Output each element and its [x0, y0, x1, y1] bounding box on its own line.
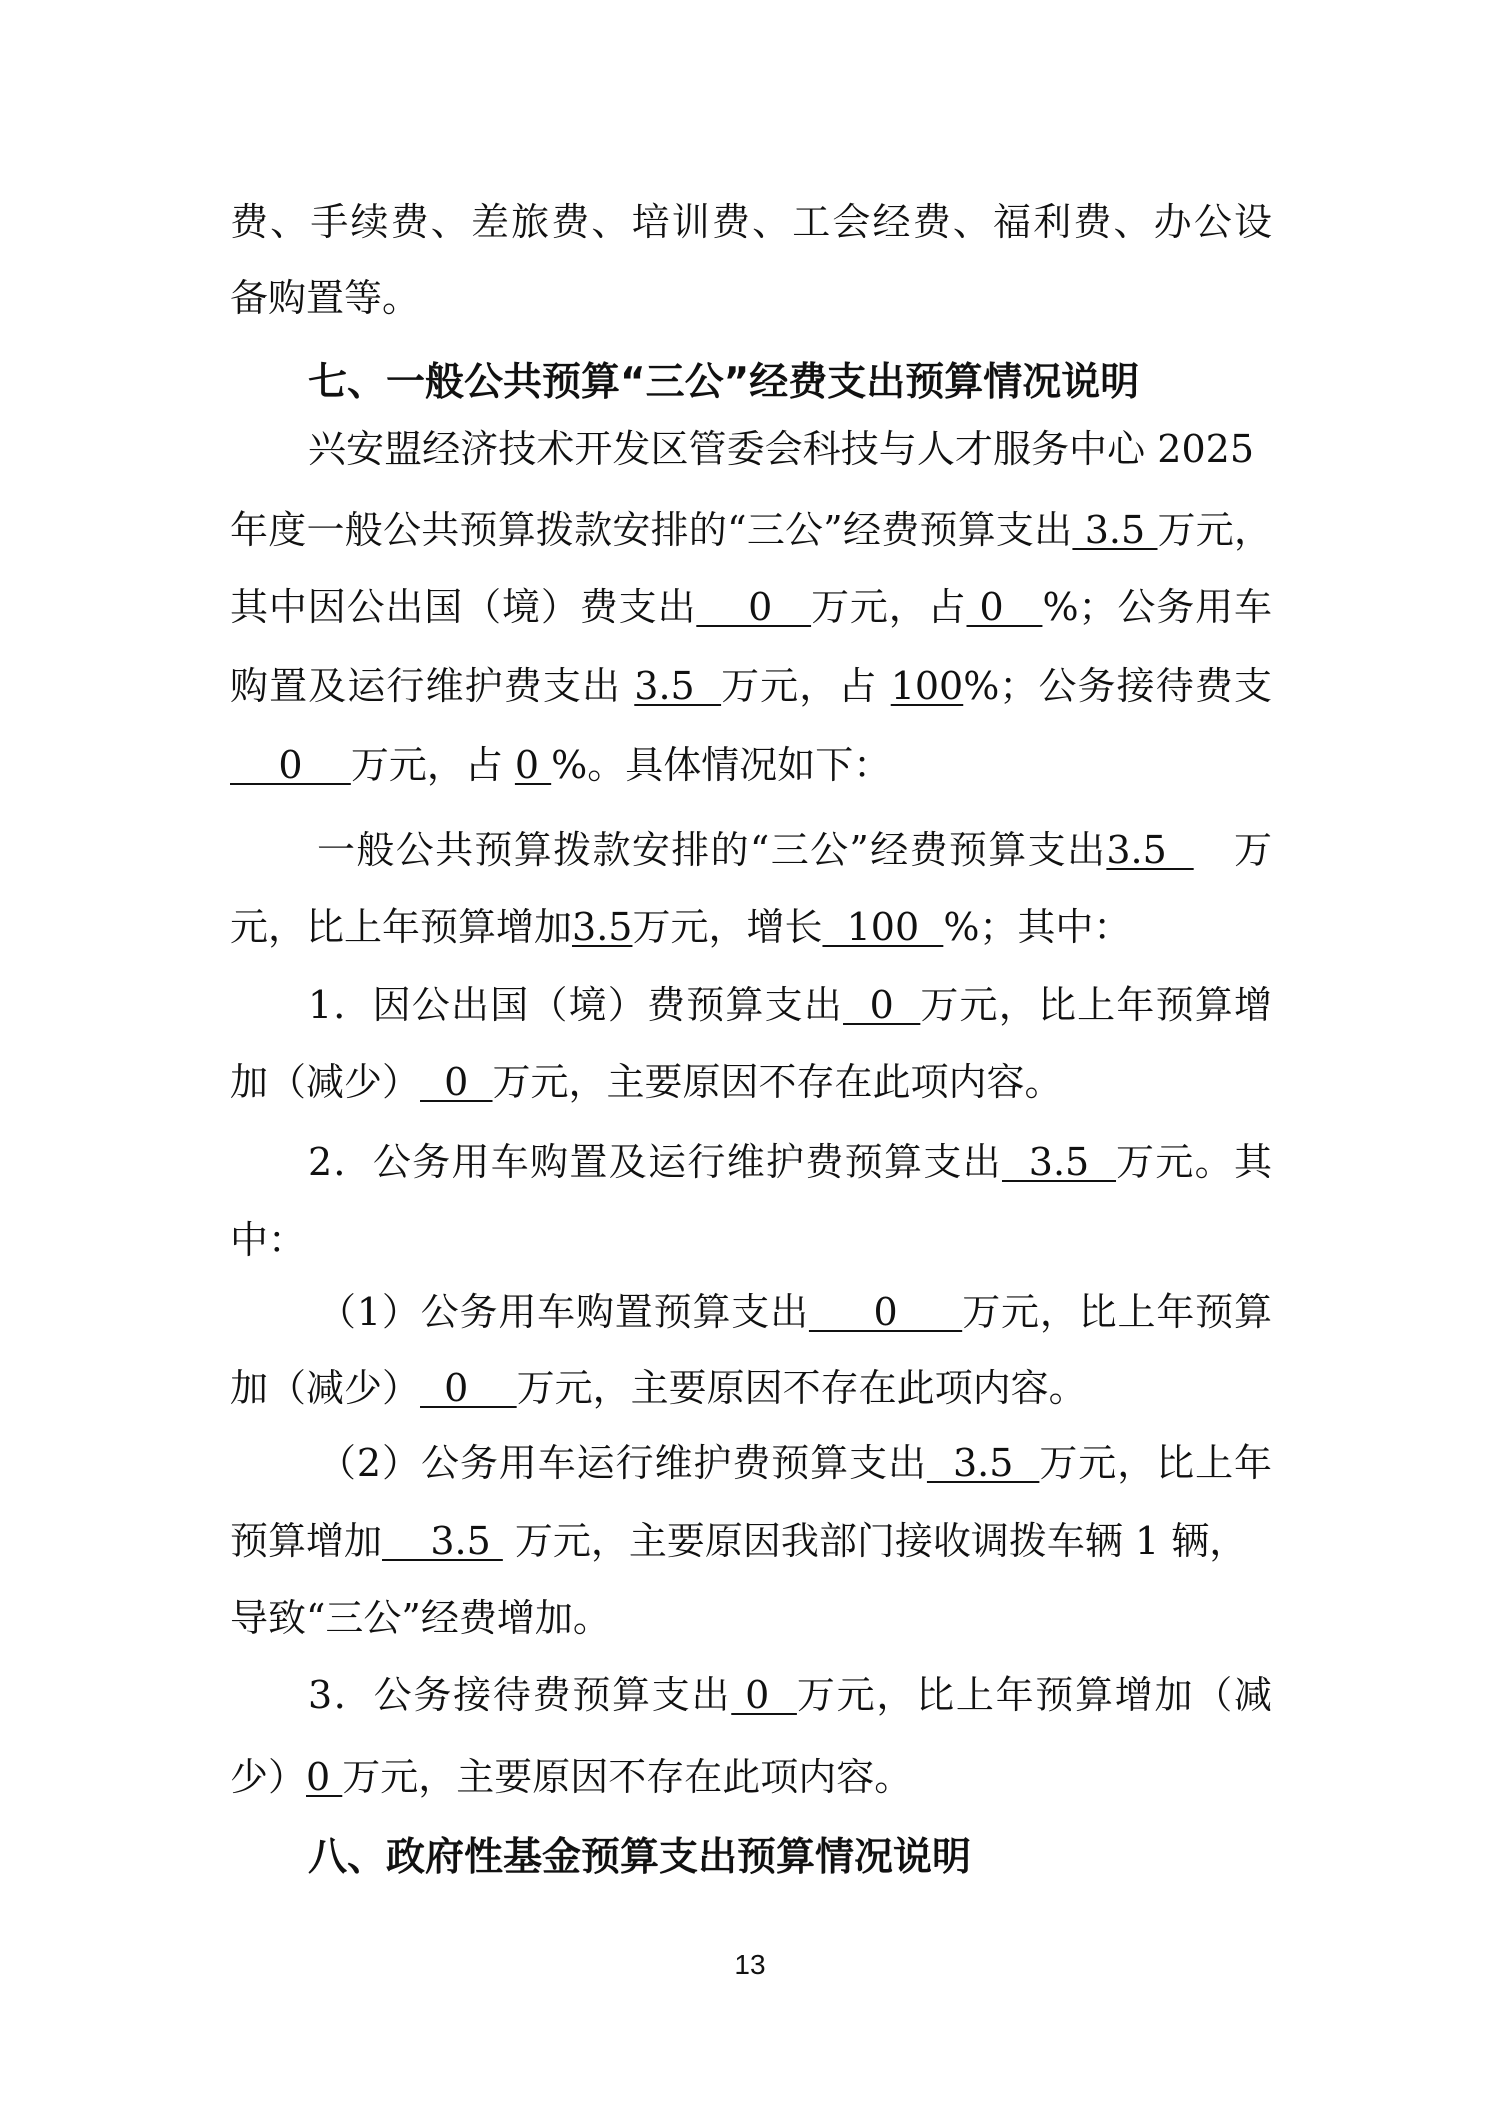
vehicle-purchase-change-value: 0	[420, 1366, 517, 1410]
vehicle-operation-value: 3.5	[927, 1441, 1039, 1485]
text: %。具体情况如下：	[551, 743, 891, 787]
abroad-budget-value: 0	[843, 983, 920, 1027]
list-item-1: 1．因公出国（境）费预算支出 0 万元，比上年预算增	[308, 980, 1272, 1030]
heading-text: 八、政府性基金预算支出预算情况说明	[308, 1835, 971, 1880]
text: 万元，增长	[632, 905, 822, 949]
text: 预算增加	[230, 1519, 382, 1563]
text: 中：	[230, 1218, 306, 1262]
reception-percent-value: 0	[515, 743, 551, 787]
abroad-change-value: 0	[420, 1060, 493, 1104]
vehicle-amount-value: 3.5	[634, 664, 721, 708]
text: 万元，主要原因不存在此项内容。	[493, 1060, 1063, 1104]
page-number: 13	[700, 1950, 800, 1980]
text: 万	[1194, 828, 1272, 872]
text: 费、手续费、差旅费、培训费、工会经费、福利费、办公设	[230, 200, 1272, 244]
paragraph-line: 其中因公出国（境）费支出 0 万元，占 0 %；公务用车	[230, 582, 1272, 632]
list-item-2: 2．公务用车购置及运行维护费预算支出 3.5 万元。其	[308, 1137, 1272, 1187]
total-amount-value: 3.5	[1072, 508, 1157, 552]
paragraph-line: 加（减少） 0 万元，主要原因不存在此项内容。	[230, 1363, 1272, 1413]
vehicle-percent-value: 100	[891, 664, 964, 708]
heading-text: 七、一般公共预算“三公”经费支出预算情况说明	[308, 360, 1139, 405]
text: 年度一般公共预算拨款安排的“三公”经费预算支出	[230, 508, 1072, 552]
increase-amount-value: 3.5	[572, 905, 632, 949]
paragraph-line: 中：	[230, 1215, 1272, 1265]
section-heading-seven: 七、一般公共预算“三公”经费支出预算情况说明	[308, 358, 1139, 408]
paragraph-line: 费、手续费、差旅费、培训费、工会经费、福利费、办公设	[230, 197, 1272, 247]
text: 兴安盟经济技术开发区管委会科技与人才服务中心 2025	[308, 427, 1254, 471]
text: 万元，主要原因我部门接收调拨车辆 1 辆，	[503, 1519, 1247, 1563]
text: 万元，比上年预算增加（减	[797, 1673, 1272, 1717]
growth-percent-value: 100	[822, 905, 943, 949]
text: （1）公务用车购置预算支出	[318, 1290, 809, 1334]
reception-amount-value: 0	[230, 743, 351, 787]
paragraph-line: 0 万元，占 0 %。具体情况如下：	[230, 740, 1272, 790]
paragraph-line: 年度一般公共预算拨款安排的“三公”经费预算支出 3.5 万元，	[230, 505, 1272, 555]
vehicle-budget-value: 3.5	[1002, 1140, 1116, 1184]
paragraph-line: 一般公共预算拨款安排的“三公”经费预算支出3.5 万	[317, 825, 1272, 875]
section-heading-eight: 八、政府性基金预算支出预算情况说明	[308, 1833, 971, 1883]
paragraph-line: 加（减少） 0 万元，主要原因不存在此项内容。	[230, 1057, 1272, 1107]
text: 2．公务用车购置及运行维护费预算支出	[308, 1140, 1002, 1184]
text: 万元，占	[811, 585, 966, 629]
paragraph-line: 元，比上年预算增加3.5万元，增长 100 %；其中：	[230, 902, 1272, 952]
vehicle-purchase-value: 0	[809, 1290, 962, 1334]
text: 导致“三公”经费增加。	[230, 1596, 611, 1640]
text: 一般公共预算拨款安排的“三公”经费预算支出	[317, 828, 1106, 872]
text: 1．因公出国（境）费预算支出	[308, 983, 843, 1027]
abroad-percent-value: 0	[967, 585, 1043, 629]
sub-item-1: （1）公务用车购置预算支出 0 万元，比上年预算增	[318, 1287, 1272, 1337]
text: 其中因公出国（境）费支出	[230, 585, 696, 629]
text: 备购置等。	[230, 276, 420, 320]
text: 3．公务接待费预算支出	[308, 1673, 731, 1717]
paragraph-line: 兴安盟经济技术开发区管委会科技与人才服务中心 2025	[308, 424, 1254, 474]
text: %；公务用车	[1042, 585, 1272, 629]
text: 万元，	[1158, 508, 1272, 552]
total-amount-value: 3.5	[1106, 828, 1193, 872]
text: 少）	[230, 1755, 306, 1799]
list-item-3: 3．公务接待费预算支出 0 万元，比上年预算增加（减	[308, 1670, 1272, 1720]
text: 加（减少）	[230, 1060, 420, 1104]
text: 万元，占	[351, 743, 515, 787]
sub-item-2: （2）公务用车运行维护费预算支出 3.5 万元，比上年	[318, 1438, 1272, 1488]
reception-change-value: 0	[306, 1755, 342, 1799]
vehicle-operation-change-value: 3.5	[382, 1519, 503, 1563]
text: 万元，主要原因不存在此项内容。	[517, 1366, 1087, 1410]
text: 万元，比上年	[1039, 1441, 1272, 1485]
paragraph-line: 少）0 万元，主要原因不存在此项内容。	[230, 1752, 1272, 1802]
text: （2）公务用车运行维护费预算支出	[318, 1441, 927, 1485]
text: 万元，主要原因不存在此项内容。	[342, 1755, 912, 1799]
paragraph-line: 购置及运行维护费支出 3.5 万元，占 100%；公务接待费支出	[230, 661, 1272, 711]
text: 元，比上年预算增加	[230, 905, 572, 949]
text: 万元。其	[1116, 1140, 1272, 1184]
paragraph-line: 预算增加 3.5 万元，主要原因我部门接收调拨车辆 1 辆，	[230, 1516, 1272, 1566]
text: 加（减少）	[230, 1366, 420, 1410]
reception-budget-value: 0	[731, 1673, 797, 1717]
text: %；其中：	[943, 905, 1131, 949]
paragraph-line: 导致“三公”经费增加。	[230, 1593, 1272, 1643]
text: 万元，比上年预算增	[920, 983, 1272, 1027]
text: 万元，占	[721, 664, 891, 708]
text: 购置及运行维护费支出	[230, 664, 634, 708]
paragraph-line: 备购置等。	[230, 273, 1272, 323]
abroad-amount-value: 0	[696, 585, 811, 629]
